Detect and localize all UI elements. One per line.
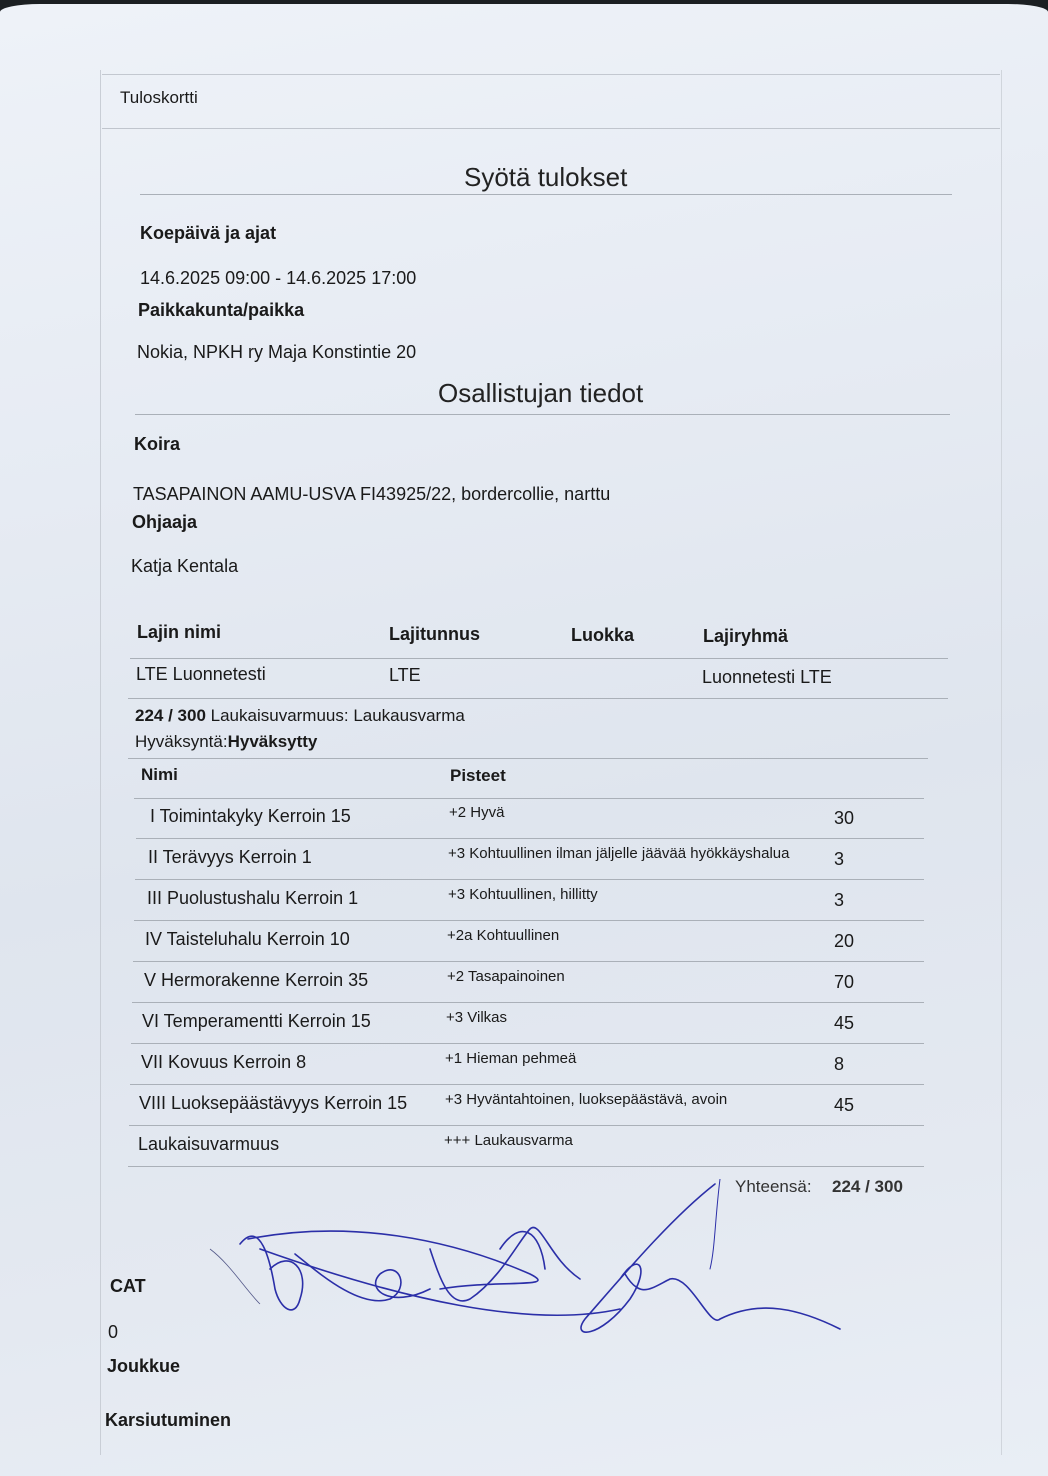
divider [134, 798, 924, 799]
score-row-description: +1 Hieman pehmeä [445, 1050, 576, 1067]
cat-label: CAT [110, 1276, 146, 1297]
divider [102, 74, 1000, 75]
divider [128, 698, 948, 699]
card-title: Tuloskortti [120, 88, 198, 108]
divider [140, 194, 952, 195]
score-row-name: VI Temperamentti Kerroin 15 [142, 1011, 371, 1032]
dog-label: Koira [134, 434, 180, 455]
score-row-description: +2a Kohtuullinen [447, 927, 559, 944]
event-cell-name: LTE Luonnetesti [136, 664, 266, 685]
handler-value: Katja Kentala [131, 556, 238, 577]
divider [136, 838, 924, 839]
event-header-class: Luokka [571, 625, 634, 646]
score-row-name: Laukaisuvarmuus [138, 1134, 279, 1155]
score-row-description: +3 Hyväntahtoinen, luoksepäästävä, avoin [445, 1091, 727, 1108]
event-header-code: Lajitunnus [389, 624, 480, 645]
divider [128, 1166, 924, 1167]
event-cell-group: Luonnetesti LTE [702, 667, 832, 688]
place-value: Nokia, NPKH ry Maja Konstintie 20 [137, 342, 416, 363]
score-row-name: I Toimintakyky Kerroin 15 [150, 806, 351, 827]
team-label: Joukkue [107, 1356, 180, 1377]
score-row-description: +3 Kohtuullinen ilman jäljelle jäävää hy… [448, 845, 789, 862]
score-row-points: 8 [834, 1054, 844, 1075]
score-row-name: VII Kovuus Kerroin 8 [141, 1052, 306, 1073]
divider [134, 920, 924, 921]
divider [132, 1002, 924, 1003]
score-row-description: +3 Vilkas [446, 1009, 507, 1026]
score-row-points: 3 [834, 890, 844, 911]
scores-header-points: Pisteet [450, 766, 506, 786]
paper-sheet: Tuloskortti Syötä tulokset Koepäivä ja a… [0, 4, 1048, 1476]
qualification-label: Karsiutuminen [105, 1410, 231, 1431]
score-row-name: V Hermorakenne Kerroin 35 [144, 970, 368, 991]
divider [133, 961, 924, 962]
score-row-name: III Puolustushalu Kerroin 1 [147, 888, 358, 909]
score-row-points: 70 [834, 972, 854, 993]
event-header-name: Lajin nimi [137, 622, 221, 643]
handler-label: Ohjaaja [132, 512, 197, 533]
score-row-points: 20 [834, 931, 854, 952]
score-row-points: 45 [834, 1013, 854, 1034]
score-row-name: IV Taisteluhalu Kerroin 10 [145, 929, 350, 950]
scores-header-name: Nimi [141, 765, 178, 785]
acceptance-line: Hyväksyntä:Hyväksytty [135, 732, 317, 752]
acceptance-value: Hyväksytty [228, 732, 318, 751]
divider [131, 1043, 924, 1044]
divider [135, 879, 924, 880]
event-header-group: Lajiryhmä [703, 626, 788, 647]
date-value: 14.6.2025 09:00 - 14.6.2025 17:00 [140, 268, 416, 289]
score-row-points: 30 [834, 808, 854, 829]
date-label: Koepäivä ja ajat [140, 223, 276, 244]
summary-score: 224 / 300 [135, 706, 206, 725]
section-heading-results: Syötä tulokset [464, 162, 627, 193]
divider [128, 758, 928, 759]
score-row-description: +++ Laukausvarma [444, 1132, 573, 1149]
place-label: Paikkakunta/paikka [138, 300, 304, 321]
score-row-points: 3 [834, 849, 844, 870]
score-row-points: 45 [834, 1095, 854, 1116]
score-row-description: +2 Hyvä [449, 804, 504, 821]
score-row-description: +3 Kohtuullinen, hillitty [448, 886, 598, 903]
divider [130, 658, 948, 659]
section-heading-participant: Osallistujan tiedot [438, 378, 643, 409]
score-row-name: VIII Luoksepäästävyys Kerroin 15 [139, 1093, 407, 1114]
signature [200, 1179, 860, 1349]
score-row-name: II Terävyys Kerroin 1 [148, 847, 312, 868]
summary-line: 224 / 300 Laukaisuvarmuus: Laukausvarma [135, 706, 465, 726]
divider [130, 1084, 924, 1085]
score-row-description: +2 Tasapainoinen [447, 968, 565, 985]
divider [129, 1125, 924, 1126]
cat-value: 0 [108, 1322, 118, 1343]
event-cell-code: LTE [389, 665, 421, 686]
divider [135, 414, 950, 415]
divider [102, 128, 1000, 129]
dog-value: TASAPAINON AAMU-USVA FI43925/22, borderc… [133, 484, 610, 505]
summary-gunshot: Laukaisuvarmuus: Laukausvarma [211, 706, 465, 725]
acceptance-label: Hyväksyntä: [135, 732, 228, 751]
